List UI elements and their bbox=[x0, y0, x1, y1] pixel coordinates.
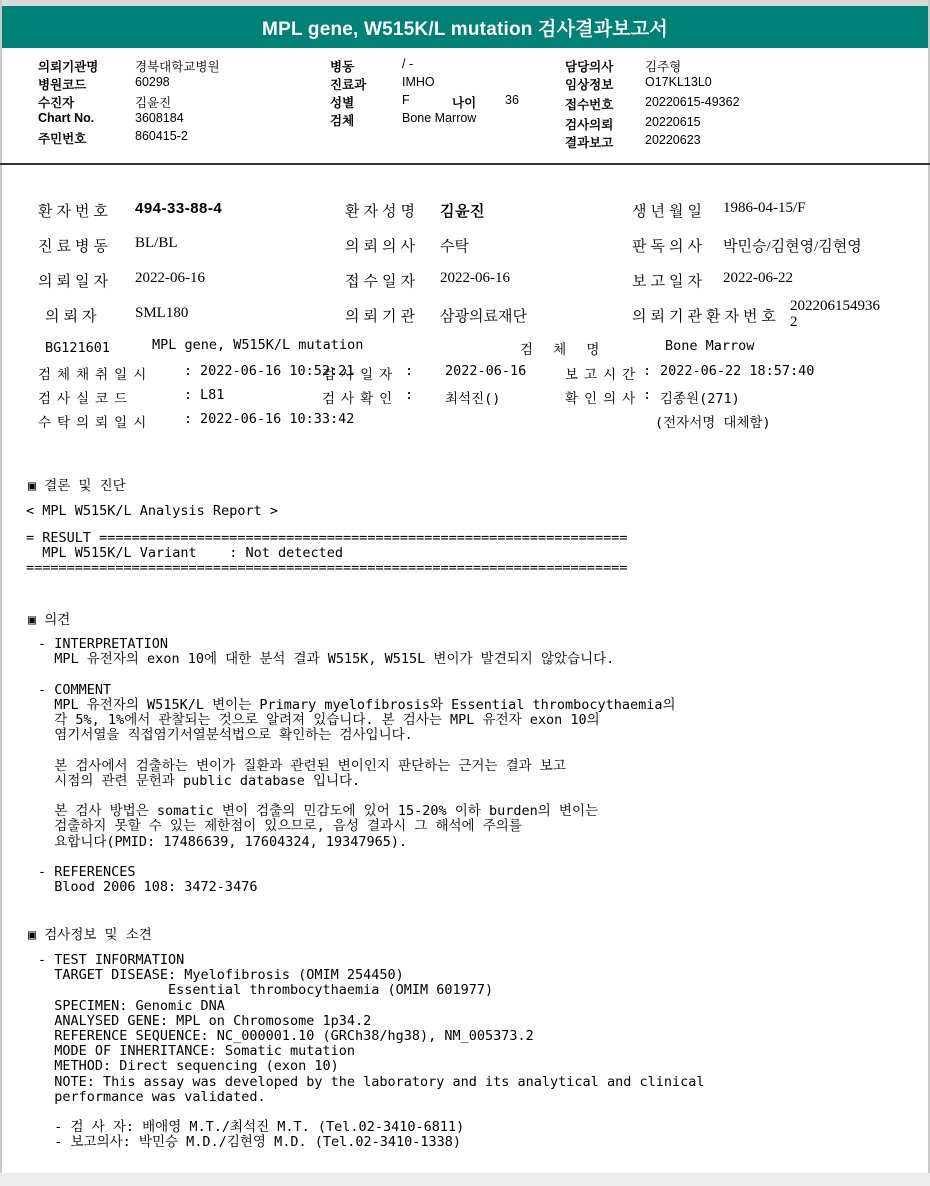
label-care-ward: 진료병동 bbox=[38, 235, 112, 256]
value-accession-no: 20220615-49362 bbox=[645, 95, 740, 109]
label-institution-patient-no: 의뢰기관환자번호 bbox=[632, 305, 780, 326]
value-lab-code: L81 bbox=[200, 387, 224, 403]
header-divider bbox=[0, 163, 930, 165]
label-test-date: 검사일자 bbox=[322, 363, 398, 383]
value-requesting-doctor: 수탁 bbox=[440, 235, 469, 256]
colon: : bbox=[405, 387, 413, 403]
label-attending-doctor: 담당의사 bbox=[565, 57, 613, 75]
value-institution-patient-no: 202206154936 2 bbox=[790, 298, 880, 330]
value-receipt-date: 2022-06-16 bbox=[440, 270, 510, 287]
opinion-block: - INTERPRETATION MPL 유전자의 exon 10에 대한 분석… bbox=[38, 637, 676, 895]
label-receipt-date: 접수일자 bbox=[345, 270, 419, 291]
label-test-request-date: 검사의뢰 bbox=[565, 115, 613, 133]
label-report-date: 보고일자 bbox=[632, 270, 706, 291]
value-result-report-date: 20220623 bbox=[645, 133, 701, 147]
value-attending-doctor: 김주형 bbox=[645, 57, 681, 75]
value-sex: F bbox=[402, 93, 410, 107]
value-examinee: 김윤진 bbox=[135, 93, 171, 111]
label-clinical-info: 임상정보 bbox=[565, 75, 613, 93]
colon: : bbox=[184, 387, 192, 403]
test-code: BG121601 bbox=[45, 340, 110, 356]
value-department: IMHO bbox=[402, 75, 435, 89]
colon: : bbox=[643, 387, 651, 403]
label-department: 진료과 bbox=[330, 75, 366, 93]
label-specimen-name: 검 체 명 bbox=[520, 338, 605, 358]
value-chart-no: 3608184 bbox=[135, 111, 184, 125]
label-patient-no: 환자번호 bbox=[38, 200, 112, 221]
value-test-confirm: 최석진() bbox=[445, 387, 500, 407]
label-birth-date: 생년월일 bbox=[632, 200, 706, 221]
value-confirm-doctor: 김종원(271) bbox=[660, 387, 740, 407]
colon: : bbox=[184, 411, 192, 427]
value-resident-no: 860415-2 bbox=[135, 129, 188, 143]
label-accession-no: 접수번호 bbox=[565, 95, 613, 113]
value-specimen-name: Bone Marrow bbox=[665, 338, 754, 354]
value-report-time: 2022-06-22 18:57:40 bbox=[660, 363, 814, 379]
analysis-report-title: < MPL W515K/L Analysis Report > bbox=[26, 503, 278, 519]
colon: : bbox=[405, 363, 413, 379]
label-age: 나이 bbox=[452, 93, 476, 111]
page-left-edge bbox=[0, 0, 2, 1186]
page-bottom-margin bbox=[0, 1173, 930, 1186]
value-age: 36 bbox=[505, 93, 519, 107]
value-requesting-institution: 삼광의료재단 bbox=[440, 305, 527, 326]
value-clinical-info: O17KL13L0 bbox=[645, 75, 712, 89]
label-examinee: 수진자 bbox=[38, 93, 74, 111]
value-care-ward: BL/BL bbox=[135, 235, 178, 252]
test-info-block: - TEST INFORMATION TARGET DISEASE: Myelo… bbox=[38, 953, 704, 1151]
value-patient-name: 김윤진 bbox=[440, 200, 485, 221]
label-requesting-org: 의뢰기관명 bbox=[38, 57, 98, 75]
label-consignment-datetime: 수탁의뢰일시 bbox=[38, 411, 152, 431]
colon: : bbox=[184, 363, 192, 379]
section-heading-test-info: ▣ 검사정보 및 소견 bbox=[28, 923, 152, 943]
value-specimen-top: Bone Marrow bbox=[402, 111, 476, 125]
label-hospital-code: 병원코드 bbox=[38, 75, 86, 93]
label-request-date: 의뢰일자 bbox=[38, 270, 112, 291]
test-name: MPL gene, W515K/L mutation bbox=[152, 337, 363, 353]
label-reading-doctor: 판독의사 bbox=[632, 235, 706, 256]
label-sex: 성별 bbox=[330, 93, 354, 111]
label-chart-no: Chart No. bbox=[38, 111, 94, 125]
value-consignment-datetime: 2022-06-16 10:33:42 bbox=[200, 411, 354, 427]
label-patient-name: 환자성명 bbox=[345, 200, 419, 221]
value-requester: SML180 bbox=[135, 305, 188, 322]
label-requesting-doctor: 의뢰의사 bbox=[345, 235, 419, 256]
value-report-date: 2022-06-22 bbox=[723, 270, 793, 287]
label-result-report-date: 결과보고 bbox=[565, 133, 613, 151]
lab-report-page: MPL gene, W515K/L mutation 검사결과보고서 의뢰기관명… bbox=[0, 0, 930, 1186]
result-block: = RESULT ===============================… bbox=[26, 531, 627, 577]
value-ward: / - bbox=[402, 57, 413, 71]
report-title-bar: MPL gene, W515K/L mutation 검사결과보고서 bbox=[2, 6, 928, 48]
page-title: MPL gene, W515K/L mutation 검사결과보고서 bbox=[262, 14, 668, 41]
label-resident-no: 주민번호 bbox=[38, 129, 86, 147]
value-patient-no: 494-33-88-4 bbox=[135, 200, 222, 217]
value-birth-date: 1986-04-15/F bbox=[723, 200, 806, 217]
value-test-request-date: 20220615 bbox=[645, 115, 701, 129]
label-lab-code: 검사실코드 bbox=[38, 387, 133, 407]
label-report-time: 보고시간 bbox=[565, 363, 641, 383]
label-requesting-institution: 의뢰기관 bbox=[345, 305, 419, 326]
label-test-confirm: 검사확인 bbox=[322, 387, 398, 407]
value-reading-doctor: 박민승/김현영/김현영 bbox=[723, 235, 862, 256]
label-specimen-top: 검체 bbox=[330, 111, 354, 129]
label-confirm-doctor: 확인의사 bbox=[565, 387, 641, 407]
esign-note: (전자서명 대체함) bbox=[655, 411, 771, 431]
value-hospital-code: 60298 bbox=[135, 75, 170, 89]
colon: : bbox=[643, 363, 651, 379]
section-heading-opinion: ▣ 의견 bbox=[28, 608, 70, 628]
value-requesting-org: 경북대학교병원 bbox=[135, 57, 220, 75]
section-heading-conclusion: ▣ 결론 및 진단 bbox=[28, 474, 126, 494]
label-requester: 의뢰자 bbox=[45, 305, 100, 326]
label-ward: 병동 bbox=[330, 57, 354, 75]
value-test-date: 2022-06-16 bbox=[445, 363, 526, 379]
label-collection-datetime: 검체채취일시 bbox=[38, 363, 152, 383]
value-request-date: 2022-06-16 bbox=[135, 270, 205, 287]
